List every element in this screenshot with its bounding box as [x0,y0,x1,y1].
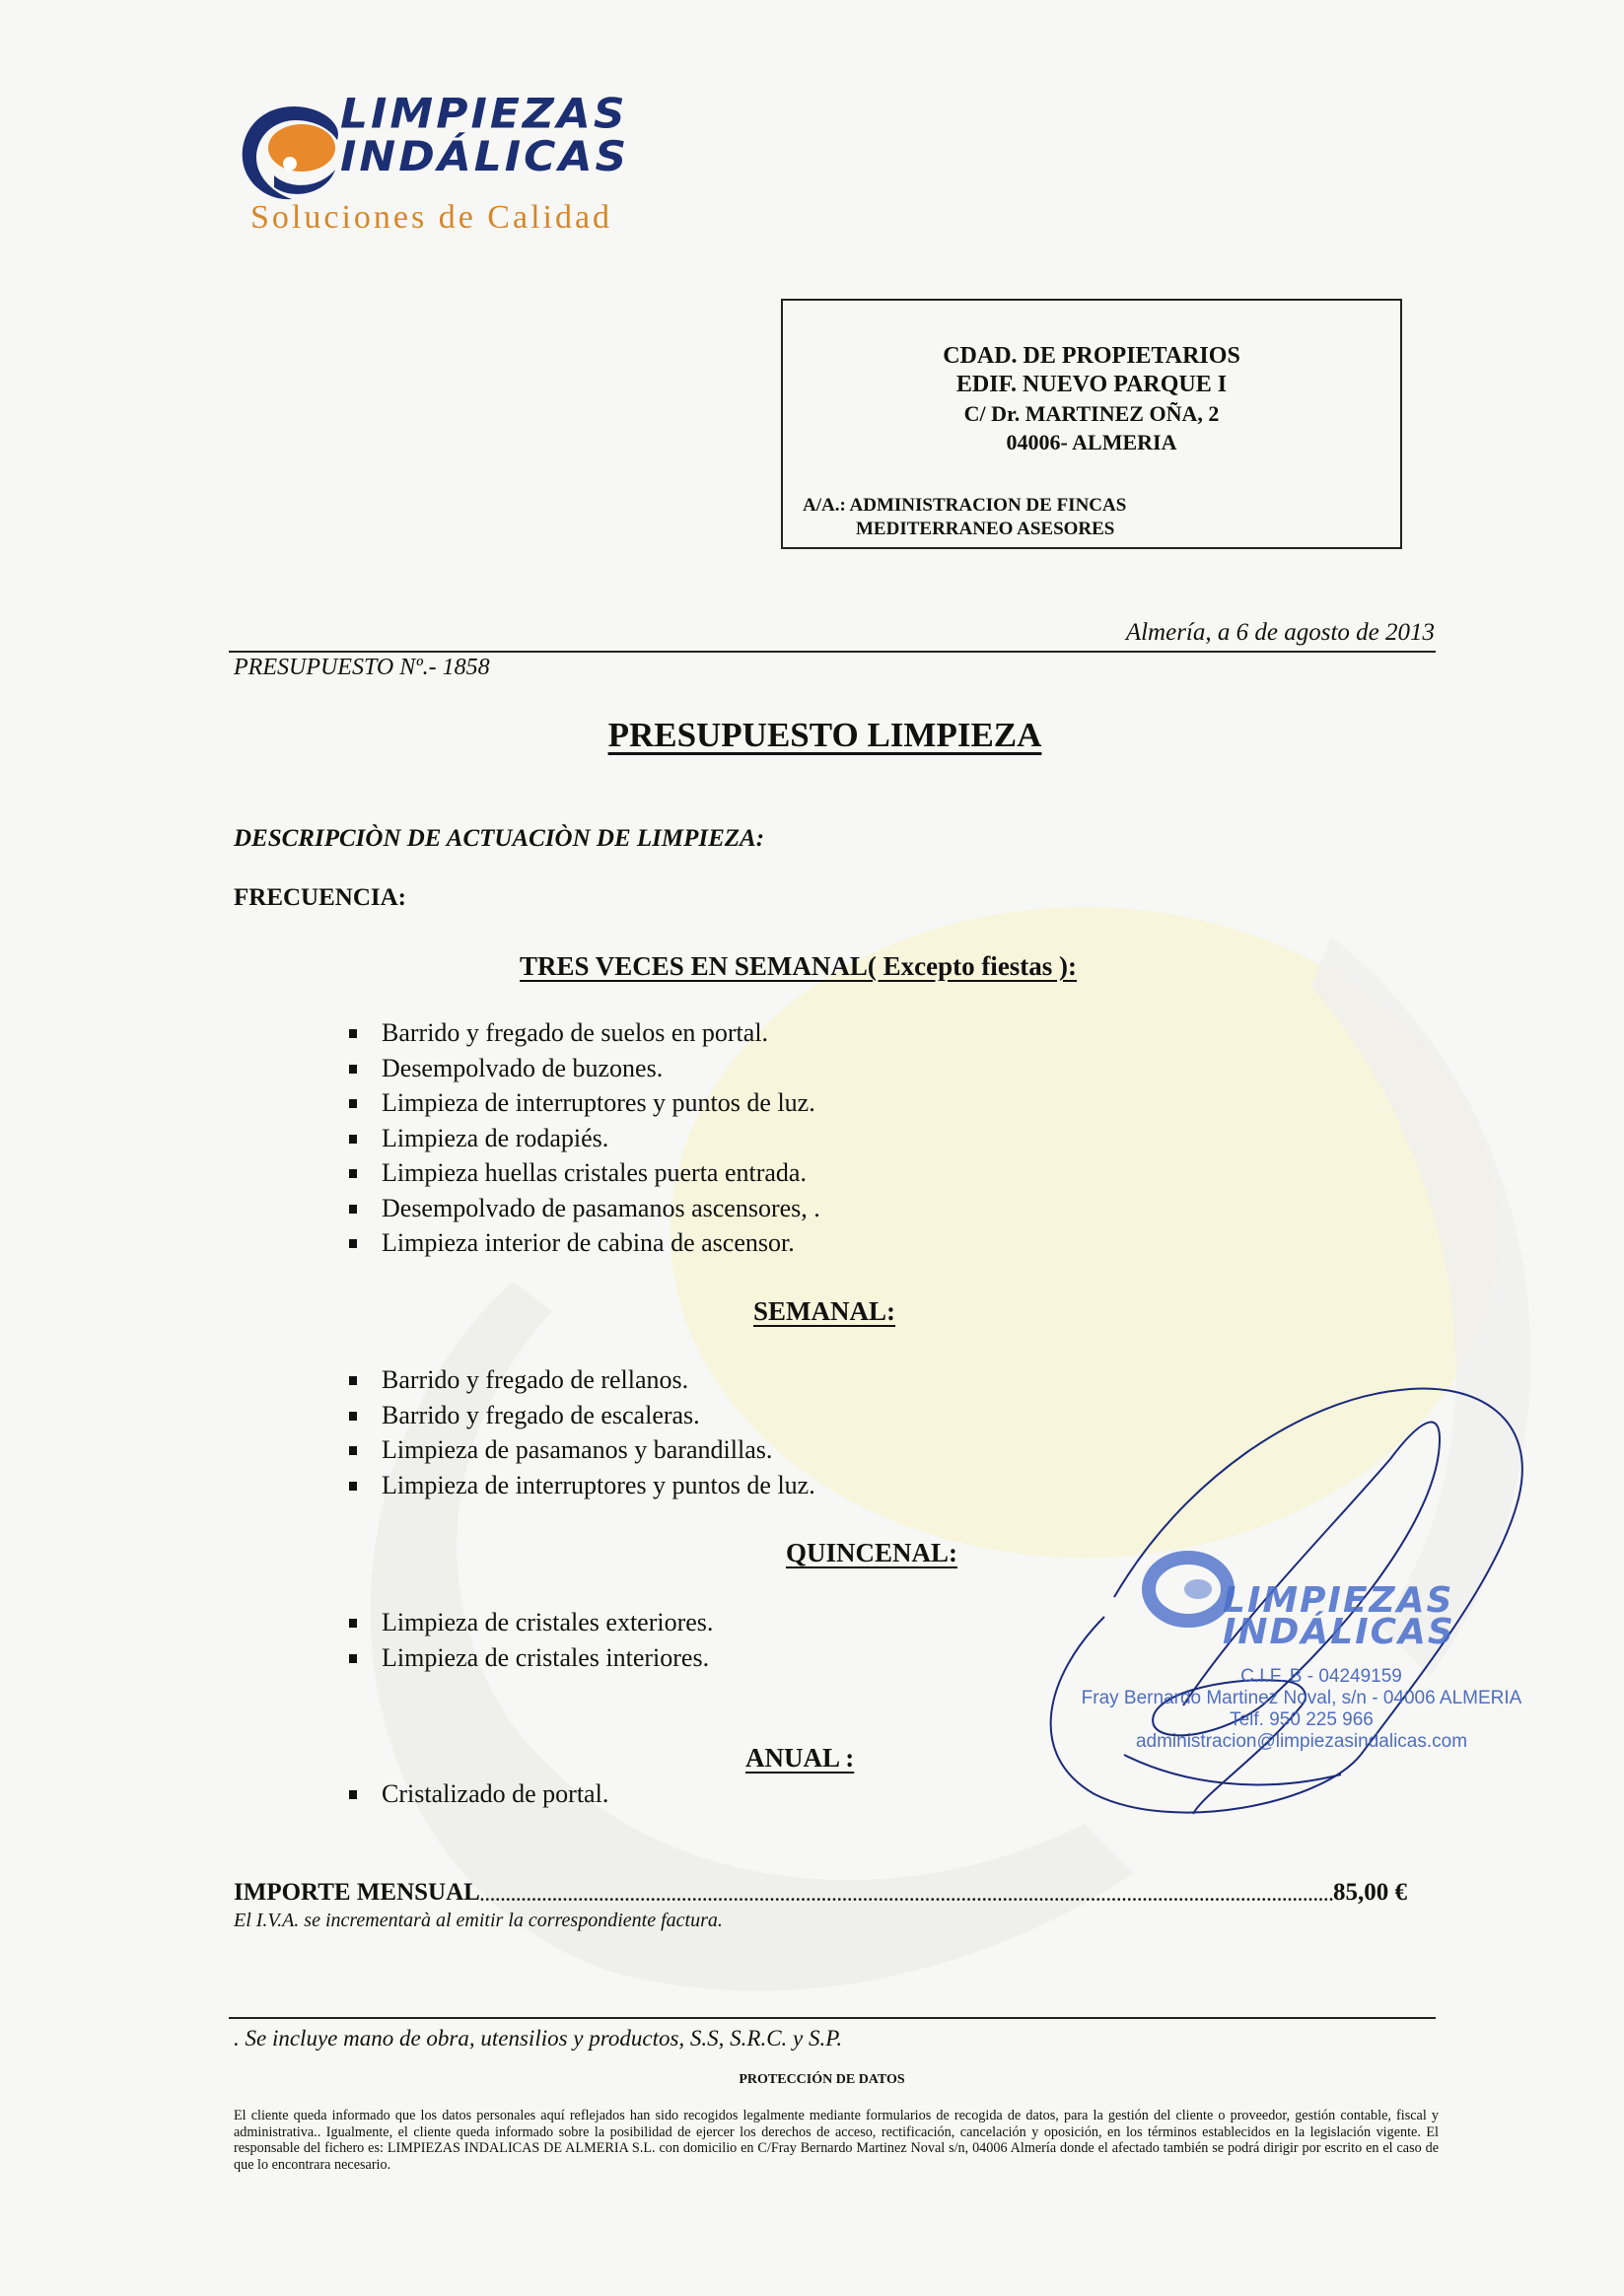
company-name-line2: INDÁLICAS [340,136,629,179]
task-list-weekly: Barrido y fregado de rellanos. Barrido y… [332,1362,815,1502]
list-item: Limpieza de cristales interiores. [332,1640,713,1676]
stamp-email: administracion@limpiezasindalicas.com [1070,1731,1533,1753]
list-item: Cristalizado de portal. [332,1776,608,1812]
company-logo-icon [235,99,353,207]
list-item: Limpieza de interruptores y puntos de lu… [332,1468,815,1503]
recipient-address-box: CDAD. DE PROPIETARIOS EDIF. NUEVO PARQUE… [781,299,1402,549]
list-item: Limpieza de interruptores y puntos de lu… [332,1085,820,1121]
recipient-attention: A/A.: ADMINISTRACION DE FINCAS MEDITERRA… [803,494,1126,541]
attention-line: A/A.: ADMINISTRACION DE FINCAS [803,494,1126,518]
recipient-line: CDAD. DE PROPIETARIOS [783,342,1400,371]
company-name: LIMPIEZAS INDÁLICAS [340,93,629,178]
recipient-line: C/ Dr. MARTINEZ OÑA, 2 [783,399,1400,428]
list-item: Limpieza huellas cristales puerta entrad… [332,1155,820,1191]
list-item: Limpieza interior de cabina de ascensor. [332,1225,820,1261]
section-heading-biweekly: QUINCENAL: [786,1538,957,1568]
divider [229,651,1436,653]
document-title-text: PRESUPUESTO LIMPIEZA [608,716,1042,754]
frequency-heading: FRECUENCIA: [234,884,406,912]
data-protection-text: El cliente queda informado que los datos… [234,2108,1439,2173]
document-date: Almería, a 6 de agosto de 2013 [1126,619,1435,647]
monthly-amount-label: IMPORTE MENSUAL [234,1879,480,1913]
company-name-line1: LIMPIEZAS [340,93,629,136]
list-item: Limpieza de pasamanos y barandillas. [332,1432,815,1468]
stamp-address: Fray Bernardo Martinez Noval, s/n - 0400… [1070,1688,1533,1709]
list-item: Barrido y fregado de suelos en portal. [332,1015,820,1051]
monthly-amount-row: IMPORTE MENSUAL ........................… [234,1879,1407,1913]
vat-note: El I.V.A. se incrementarà al emitir la c… [234,1910,723,1932]
budget-number: PRESUPUESTO Nº.- 1858 [234,655,490,681]
task-list-biweekly: Limpieza de cristales exteriores. Limpie… [332,1605,713,1675]
task-list-annual: Cristalizado de portal. [332,1776,608,1812]
stamp-brand-line2: INDÁLICAS [1223,1617,1455,1648]
description-heading: DESCRIPCIÒN DE ACTUACIÒN DE LIMPIEZA: [234,825,764,853]
includes-note: . Se incluye mano de obra, utensilios y … [234,2026,842,2052]
attention-line: MEDITERRANEO ASESORES [803,518,1126,541]
recipient-address: CDAD. DE PROPIETARIOS EDIF. NUEVO PARQUE… [783,342,1400,456]
section-heading-weekly: SEMANAL: [753,1296,895,1327]
list-item: Desempolvado de buzones. [332,1051,820,1086]
stamp-details: C.I.F. B - 04249159 Fray Bernardo Martin… [1070,1666,1533,1753]
divider [229,2017,1436,2019]
stamp-company-name: LIMPIEZAS INDÁLICAS [1223,1585,1455,1648]
recipient-line: 04006- ALMERIA [783,428,1400,456]
list-item: Limpieza de cristales exteriores. [332,1605,713,1640]
stamp-phone: Telf. 950 225 966 [1070,1709,1533,1731]
dot-leader: ........................................… [480,1879,1333,1913]
section-heading-three-weekly: TRES VECES EN SEMANAL( Excepto fiestas )… [520,951,1077,982]
monthly-amount-value: 85,00 € [1333,1879,1407,1913]
recipient-line: EDIF. NUEVO PARQUE I [783,371,1400,399]
company-tagline: Soluciones de Calidad [250,199,612,237]
list-item: Barrido y fregado de escaleras. [332,1398,815,1433]
list-item: Limpieza de rodapiés. [332,1121,820,1156]
stamp-cif: C.I.F. B - 04249159 [1070,1666,1533,1688]
task-list-three-weekly: Barrido y fregado de suelos en portal. D… [332,1015,820,1261]
list-item: Barrido y fregado de rellanos. [332,1362,815,1398]
data-protection-heading: PROTECCIÓN DE DATOS [0,2072,1624,2088]
document-title: PRESUPUESTO LIMPIEZA [0,716,1624,755]
section-heading-annual: ANUAL : [745,1743,854,1774]
list-item: Desempolvado de pasamanos ascensores, . [332,1191,820,1226]
